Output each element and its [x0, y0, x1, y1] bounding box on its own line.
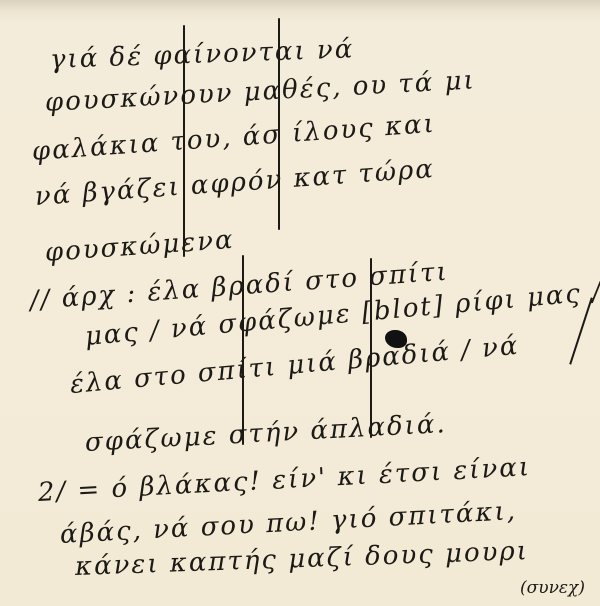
- manuscript-line-5: φουσκώμενα: [44, 225, 236, 268]
- manuscript-line-4: νά βγάζει αφρόν κατ τώρα: [34, 154, 436, 212]
- vertical-mark-4: [370, 258, 372, 438]
- manuscript-line-1: γιά δέ φαίνονται νά: [49, 34, 354, 75]
- manuscript-page: γιά δέ φαίνονται νά φουσκώνουν μαθές, ου…: [0, 0, 600, 606]
- vertical-mark-1: [183, 25, 185, 257]
- continued-note: (συνεχ): [520, 578, 585, 598]
- vertical-mark-3: [242, 255, 244, 445]
- manuscript-line-9: σφάζωμε στήν άπλαδιά.: [84, 409, 447, 458]
- ink-blot: [385, 330, 407, 348]
- vertical-mark-2: [278, 18, 280, 230]
